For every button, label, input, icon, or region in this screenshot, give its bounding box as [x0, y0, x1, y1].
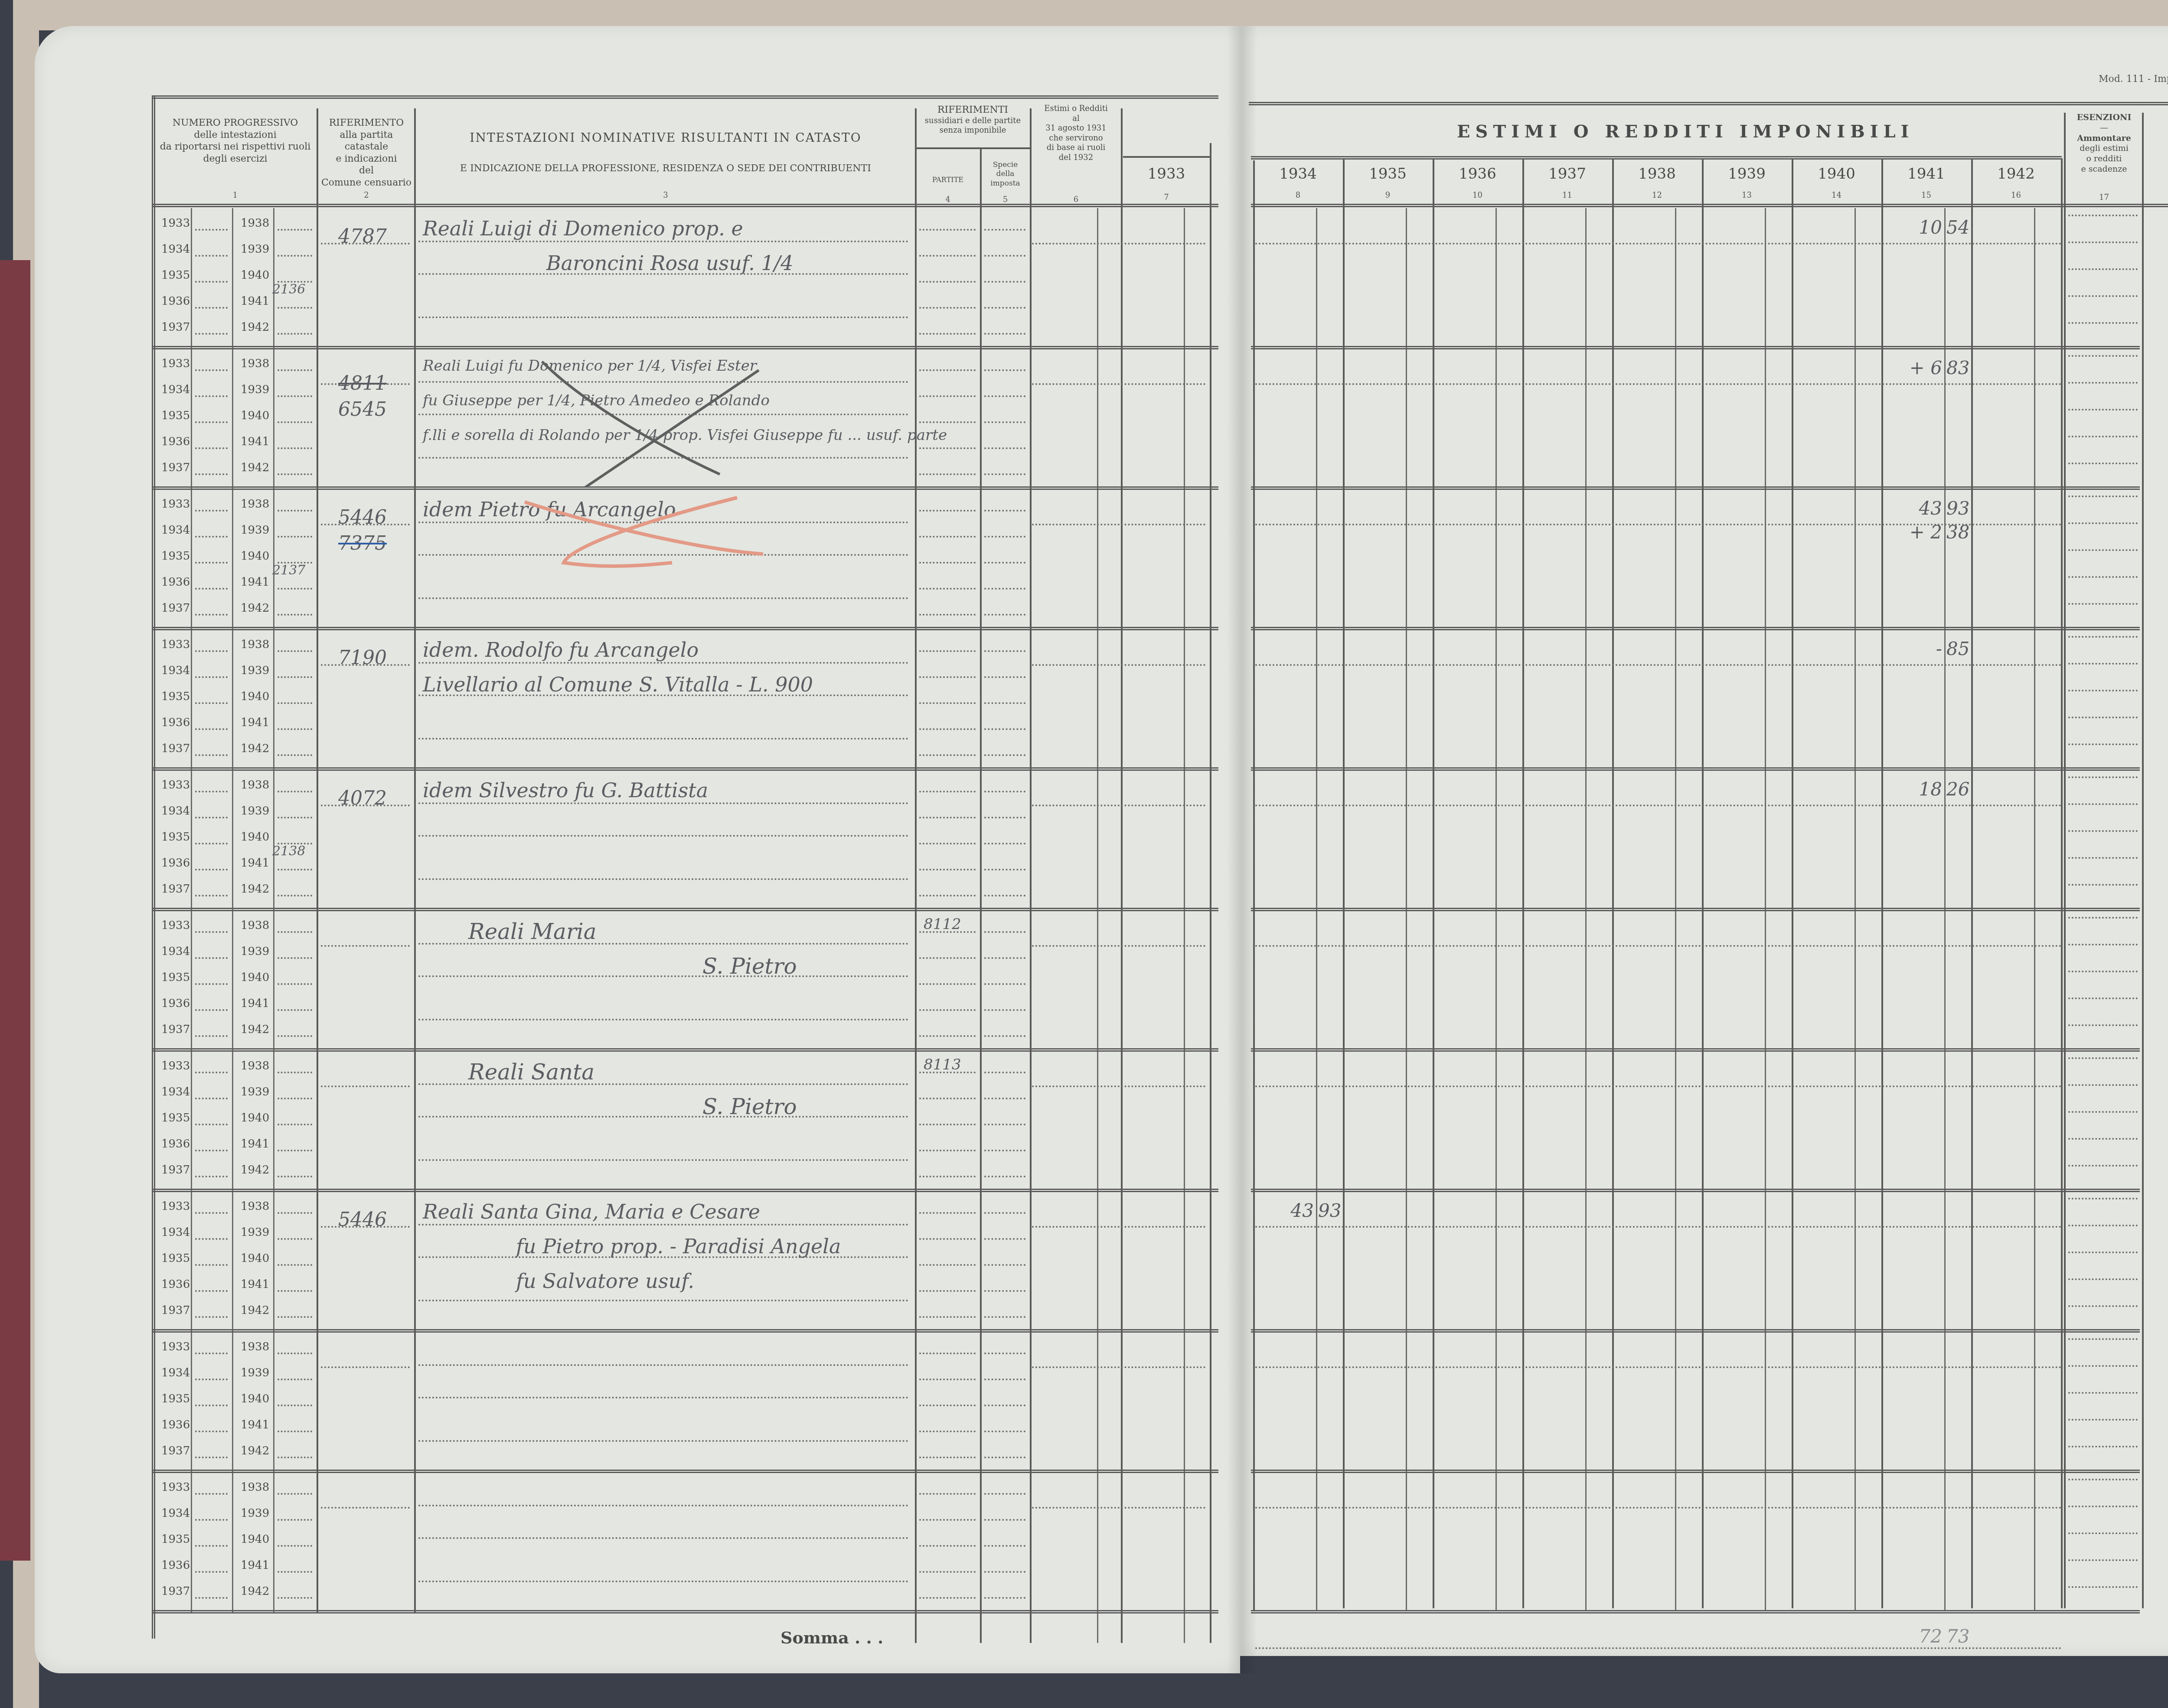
- dotted-rule: [1032, 243, 1205, 244]
- dotted-rule: [195, 421, 228, 423]
- year-label: 1933: [161, 498, 190, 511]
- year-label: 1942: [241, 1444, 269, 1457]
- header-line: al: [1031, 114, 1121, 124]
- year-label: 1935: [161, 269, 190, 282]
- header-line: imposta: [981, 179, 1030, 188]
- dotted-rule: [984, 395, 1025, 397]
- dotted-rule: [1255, 1226, 2062, 1228]
- year-label: 1936: [161, 435, 190, 448]
- column-number: 15: [1881, 191, 1971, 200]
- dotted-rule: [418, 662, 908, 664]
- dotted-rule: [278, 1571, 312, 1573]
- dotted-rule: [919, 728, 976, 730]
- partita-number: 5446: [338, 1209, 387, 1231]
- year-label: 1940: [241, 1252, 269, 1265]
- dotted-rule: [984, 895, 1025, 896]
- dotted-rule: [278, 588, 312, 590]
- dotted-rule: [984, 1493, 1025, 1495]
- dotted-rule: [1255, 383, 2062, 385]
- dotted-rule: [278, 702, 312, 704]
- dotted-rule: [195, 255, 228, 257]
- dotted-rule: [195, 1124, 228, 1125]
- dotted-rule: [984, 333, 1025, 335]
- dotted-rule: [2068, 1446, 2138, 1447]
- year-label: 1934: [161, 945, 190, 958]
- dotted-rule: [2068, 830, 2138, 832]
- header-riferimento: RIFERIMENTO alla partita catastale e ind…: [319, 117, 414, 189]
- dotted-rule: [919, 957, 976, 959]
- dotted-rule: [2068, 857, 2138, 859]
- header-year: 1942: [1971, 165, 2061, 183]
- year-label: 1938: [241, 1340, 269, 1353]
- header-line: alla partita catastale: [319, 129, 414, 153]
- dotted-rule: [984, 1072, 1025, 1073]
- year-label: 1938: [241, 1200, 269, 1213]
- year-label: 1934: [161, 1226, 190, 1239]
- year-column-border: [1971, 158, 1973, 1608]
- dotted-rule: [278, 983, 312, 985]
- year-label: 1942: [241, 461, 269, 474]
- dotted-rule: [195, 1150, 228, 1151]
- dotted-rule: [919, 562, 976, 564]
- dotted-rule: [2068, 1111, 2138, 1113]
- dotted-rule: [278, 369, 312, 371]
- dotted-rule: [984, 510, 1025, 512]
- dotted-rule: [278, 1597, 312, 1599]
- block-divider: [1251, 908, 2140, 911]
- dotted-rule: [278, 817, 312, 818]
- column-number: 14: [1792, 191, 1881, 200]
- dotted-rule: [278, 1431, 312, 1432]
- dotted-rule: [278, 1316, 312, 1318]
- year-column-border: [1881, 158, 1883, 1608]
- dotted-rule: [278, 728, 312, 730]
- dotted-rule: [195, 702, 228, 704]
- dotted-rule: [278, 1072, 312, 1073]
- dotted-rule: [195, 229, 228, 231]
- dotted-rule: [195, 1035, 228, 1037]
- dotted-rule: [278, 510, 312, 512]
- year-label: 1942: [241, 1304, 269, 1317]
- dotted-rule: [195, 1353, 228, 1354]
- dotted-rule: [919, 1545, 976, 1547]
- year-label: 1938: [241, 357, 269, 370]
- year-label: 1936: [161, 1418, 190, 1431]
- dotted-rule: [2068, 663, 2138, 665]
- year-label: 1936: [161, 716, 190, 729]
- estimo-1934-lire: 43: [1266, 1200, 1314, 1221]
- dotted-rule: [278, 536, 312, 538]
- dotted-rule: [418, 878, 908, 880]
- dotted-rule: [321, 1366, 410, 1368]
- dotted-rule: [919, 281, 976, 283]
- year-label: 1934: [161, 805, 190, 818]
- dotted-rule: [195, 395, 228, 397]
- estimo-1941-cent: 26: [1946, 779, 1969, 800]
- dotted-rule: [2068, 409, 2138, 411]
- dotted-rule: [919, 1124, 976, 1125]
- dotted-rule: [2068, 1586, 2138, 1588]
- year-label: 1938: [241, 919, 269, 932]
- dotted-rule: [919, 1212, 976, 1214]
- year-label: 1938: [241, 1059, 269, 1072]
- column-number: 7: [1123, 193, 1210, 202]
- dotted-rule: [418, 1159, 908, 1161]
- block-divider: [152, 1189, 1218, 1192]
- dotted-rule: [919, 1571, 976, 1573]
- column-number: 3: [416, 191, 915, 200]
- dotted-rule: [195, 869, 228, 870]
- dotted-rule: [919, 1238, 976, 1240]
- header-line: Comune censuario: [319, 177, 414, 189]
- entry-text-line: Baroncini Rosa usuf. 1/4: [546, 251, 793, 275]
- dotted-rule: [984, 1431, 1025, 1432]
- form-label: Mod. 111 - Imposte Dirette (Intercalare)…: [2099, 74, 2168, 85]
- partita-number: 7190: [338, 647, 387, 669]
- dotted-rule: [278, 1035, 312, 1037]
- dotted-rule: [984, 1035, 1025, 1037]
- header-intestazioni: INTESTAZIONI NOMINATIVE RISULTANTI IN CA…: [416, 130, 915, 175]
- dotted-rule: [195, 1238, 228, 1240]
- dotted-rule: [278, 791, 312, 792]
- dotted-rule: [984, 1238, 1025, 1240]
- dotted-rule: [2068, 322, 2138, 324]
- dotted-rule: [2068, 971, 2138, 972]
- column-number: 5: [981, 195, 1030, 204]
- dotted-rule: [984, 1264, 1025, 1266]
- dotted-rule: [195, 333, 228, 335]
- dotted-rule: [2068, 215, 2138, 216]
- dotted-rule: [195, 281, 228, 283]
- year-label: 1939: [241, 664, 269, 677]
- dotted-rule: [984, 614, 1025, 616]
- header-line: Ammontare: [2066, 134, 2142, 144]
- dotted-rule: [919, 754, 976, 756]
- column-number: 10: [1433, 191, 1522, 200]
- estimo-1941-cent: 54: [1946, 217, 1969, 238]
- header-line: o redditi: [2066, 154, 2142, 164]
- dotted-rule: [278, 1457, 312, 1458]
- dotted-rule: [195, 843, 228, 844]
- dotted-rule: [919, 1457, 976, 1458]
- dotted-rule: [2068, 522, 2138, 524]
- dotted-rule: [195, 1405, 228, 1406]
- dotted-rule: [984, 676, 1025, 678]
- year-label: 1937: [161, 883, 190, 896]
- right-page: [1240, 26, 2168, 1656]
- dotted-rule: [2068, 636, 2138, 638]
- year-label: 1942: [241, 1164, 269, 1177]
- dotted-rule: [2068, 1138, 2138, 1140]
- year-label: 1937: [161, 1585, 190, 1598]
- dotted-rule: [278, 614, 312, 616]
- dotted-rule: [278, 1405, 312, 1406]
- dotted-rule: [195, 754, 228, 756]
- header-line: del 1932: [1031, 153, 1121, 163]
- dotted-rule: [278, 255, 312, 257]
- dotted-rule: [278, 1238, 312, 1240]
- year-label: 1935: [161, 831, 190, 844]
- column-number: 6: [1031, 195, 1121, 204]
- dotted-rule: [2068, 549, 2138, 551]
- block-divider: [1251, 627, 2140, 630]
- dotted-rule: [2068, 1479, 2138, 1480]
- estimo-1941-cent: 83: [1946, 357, 1969, 378]
- year-label: 1941: [241, 1559, 269, 1572]
- dotted-rule: [1032, 524, 1205, 525]
- dotted-rule: [984, 1176, 1025, 1177]
- dotted-rule: [919, 702, 976, 704]
- column-number: 11: [1522, 191, 1612, 200]
- dotted-rule: [984, 791, 1025, 792]
- header-year: 1941: [1881, 165, 1971, 183]
- dotted-rule: [418, 802, 908, 804]
- red-cross-out-mark: [520, 493, 780, 571]
- estimo-1941-lire: -: [1894, 638, 1942, 659]
- entry-text-line: Reali Santa: [468, 1059, 594, 1085]
- dotted-rule: [919, 229, 976, 231]
- entry-text-line: S. Pietro: [702, 1094, 797, 1119]
- block-divider: [1251, 1470, 2140, 1473]
- dotted-rule: [919, 791, 976, 792]
- dotted-rule: [195, 1519, 228, 1521]
- dotted-rule: [278, 957, 312, 959]
- dotted-rule: [2068, 268, 2138, 270]
- dotted-rule: [1255, 664, 2062, 666]
- dotted-rule: [919, 1009, 976, 1011]
- dotted-rule: [984, 307, 1025, 309]
- somma-1941-cent: 73: [1946, 1626, 1969, 1647]
- dotted-rule: [195, 1009, 228, 1011]
- dotted-rule: [1255, 243, 2062, 244]
- dotted-rule: [195, 895, 228, 896]
- dotted-rule: [2068, 355, 2138, 357]
- dotted-rule: [418, 1440, 908, 1442]
- estimo-1941-lire: 10: [1894, 217, 1942, 238]
- dotted-rule: [195, 650, 228, 652]
- partita-number-struck: 7375: [338, 532, 387, 554]
- block-divider: [1251, 1189, 2140, 1192]
- estimo-1941-cent: 85: [1946, 638, 1969, 659]
- year-label: 1938: [241, 638, 269, 651]
- dotted-rule: [984, 1212, 1025, 1214]
- header-title: RIFERIMENTO: [319, 117, 414, 129]
- dotted-rule: [2068, 241, 2138, 243]
- dotted-rule: [2068, 436, 2138, 437]
- dotted-rule: [984, 1597, 1025, 1599]
- dotted-rule: [984, 588, 1025, 590]
- entry-text-line: idem. Rodolfo fu Arcangelo: [423, 638, 699, 662]
- block-divider: [1251, 1610, 2140, 1613]
- dotted-rule: [919, 1519, 976, 1521]
- dotted-rule: [278, 650, 312, 652]
- dotted-rule: [919, 1316, 976, 1318]
- dotted-rule: [2068, 576, 2138, 578]
- dotted-rule: [2068, 717, 2138, 718]
- year-label: 1939: [241, 243, 269, 256]
- year-label: 1935: [161, 1112, 190, 1125]
- dotted-rule: [418, 975, 908, 977]
- year-label: 1940: [241, 971, 269, 984]
- block-divider: [152, 908, 1218, 911]
- dotted-rule: [195, 957, 228, 959]
- block-divider: [152, 1610, 1218, 1613]
- estimo-1934-cent: 93: [1318, 1200, 1341, 1221]
- year-label: 1941: [241, 435, 269, 448]
- book-spine: [0, 260, 30, 1561]
- partita-number: 4787: [338, 225, 387, 248]
- header-line: che servirono: [1031, 134, 1121, 143]
- year-label: 1935: [161, 550, 190, 563]
- dotted-rule: [278, 1150, 312, 1151]
- dotted-rule: [984, 957, 1025, 959]
- header-year: 1935: [1343, 165, 1433, 183]
- dotted-rule: [1032, 1507, 1205, 1509]
- year-label: 1940: [241, 690, 269, 703]
- dotted-rule: [984, 983, 1025, 985]
- block-divider: [152, 346, 1218, 349]
- dotted-rule: [418, 738, 908, 740]
- year-column-border: [1253, 160, 1255, 1610]
- dotted-rule: [919, 395, 976, 397]
- year-label: 1939: [241, 1507, 269, 1520]
- dotted-rule: [2068, 1559, 2138, 1561]
- year-label: 1940: [241, 269, 269, 282]
- year-label: 1941: [241, 716, 269, 729]
- partita-number: 6545: [338, 398, 387, 420]
- block-divider: [1251, 346, 2140, 349]
- dotted-rule: [278, 1545, 312, 1547]
- dotted-rule: [1032, 945, 1205, 947]
- dotted-rule: [984, 931, 1025, 933]
- year-column-border: [1343, 158, 1345, 1608]
- year-label: 1940: [241, 409, 269, 422]
- year-label: 1938: [241, 1481, 269, 1494]
- dotted-rule: [984, 1098, 1025, 1099]
- year-label: 1937: [161, 1444, 190, 1457]
- entry-text-line: Livellario al Comune S. Vitalla - L. 900: [423, 673, 813, 696]
- dotted-rule: [195, 728, 228, 730]
- dotted-rule: [418, 1116, 908, 1118]
- dotted-rule: [2068, 776, 2138, 778]
- year-label: 1938: [241, 498, 269, 511]
- dotted-rule: [321, 1507, 410, 1509]
- block-divider: [1251, 767, 2140, 771]
- dotted-rule: [418, 597, 908, 599]
- dotted-rule: [984, 869, 1025, 870]
- dotted-rule: [2068, 1392, 2138, 1394]
- dotted-rule: [919, 1290, 976, 1292]
- dotted-rule: [1032, 383, 1205, 385]
- block-divider: [1251, 486, 2140, 490]
- dotted-rule: [418, 1505, 908, 1506]
- header-line: degli esercizi: [154, 153, 317, 165]
- dotted-rule: [919, 1597, 976, 1599]
- dotted-rule: [919, 421, 976, 423]
- dotted-rule: [919, 1176, 976, 1177]
- year-label: 1942: [241, 1023, 269, 1036]
- dotted-rule: [278, 1176, 312, 1177]
- header-riferimenti-sussidiari: RIFERIMENTI sussidiari e delle partite s…: [916, 104, 1030, 136]
- year-label: 1937: [161, 1164, 190, 1177]
- year-label: 1934: [161, 1507, 190, 1520]
- dotted-rule: [919, 255, 976, 257]
- column-number: 8: [1253, 191, 1343, 200]
- dotted-rule: [2068, 1419, 2138, 1421]
- year-label: 1933: [161, 638, 190, 651]
- dotted-rule: [278, 1098, 312, 1099]
- dotted-rule: [195, 369, 228, 371]
- dotted-rule: [195, 1545, 228, 1547]
- year-label: 1936: [161, 576, 190, 589]
- dotted-rule: [2068, 997, 2138, 999]
- dotted-rule: [919, 1098, 976, 1099]
- column-number: 2: [319, 191, 414, 200]
- year-label: 1934: [161, 524, 190, 537]
- dotted-rule: [195, 931, 228, 933]
- dotted-rule: [195, 1431, 228, 1432]
- dotted-rule: [195, 1072, 228, 1073]
- dotted-rule: [1255, 805, 2062, 806]
- year-label: 1940: [241, 1533, 269, 1546]
- dotted-rule: [984, 562, 1025, 564]
- year-label: 1942: [241, 742, 269, 755]
- year-label: 1939: [241, 524, 269, 537]
- dotted-rule: [278, 1009, 312, 1011]
- year-label: 1939: [241, 383, 269, 396]
- dotted-rule: [418, 1537, 908, 1539]
- estimo-1941-cent: 93: [1946, 498, 1969, 519]
- partite-number: 8113: [924, 1056, 961, 1073]
- dotted-rule: [984, 1124, 1025, 1125]
- entry-text-line: Reali Luigi di Domenico prop. e: [423, 217, 743, 240]
- dotted-rule: [984, 1405, 1025, 1406]
- year-column-border: [1612, 158, 1614, 1608]
- block-divider: [152, 1329, 1218, 1333]
- year-label: 1941: [241, 1138, 269, 1151]
- year-label: 1941: [241, 1418, 269, 1431]
- column-number: 18: [2144, 193, 2168, 202]
- dotted-rule: [919, 1264, 976, 1266]
- dotted-rule: [195, 1597, 228, 1599]
- header-title: INTESTAZIONI NOMINATIVE RISULTANTI IN CA…: [416, 130, 915, 145]
- dotted-rule: [2068, 1506, 2138, 1507]
- header-year: 1937: [1522, 165, 1612, 183]
- entry-text-line: Reali Santa Gina, Maria e Cesare: [423, 1200, 760, 1223]
- header-line: da riportarsi nei rispettivi ruoli: [154, 141, 317, 153]
- header-line: della: [981, 169, 1030, 179]
- dotted-rule: [1255, 1366, 2062, 1368]
- dotted-rule: [418, 241, 908, 242]
- dotted-rule: [2068, 463, 2138, 464]
- header-dash: —: [2066, 123, 2142, 134]
- year-label: 1941: [241, 857, 269, 870]
- dotted-rule: [984, 369, 1025, 371]
- year-label: 1937: [161, 1304, 190, 1317]
- dotted-rule: [919, 676, 976, 678]
- dotted-rule: [195, 614, 228, 616]
- year-label: 1934: [161, 1085, 190, 1098]
- dotted-rule: [278, 1519, 312, 1521]
- entry-text-line: idem Silvestro fu G. Battista: [423, 779, 708, 802]
- header-line: e scadenze: [2066, 164, 2142, 175]
- block-divider: [1251, 1329, 2140, 1333]
- year-label: 1938: [241, 217, 269, 230]
- dotted-rule: [195, 983, 228, 985]
- dotted-rule: [2068, 1024, 2138, 1026]
- dotted-rule: [195, 791, 228, 792]
- year-label: 1936: [161, 1278, 190, 1291]
